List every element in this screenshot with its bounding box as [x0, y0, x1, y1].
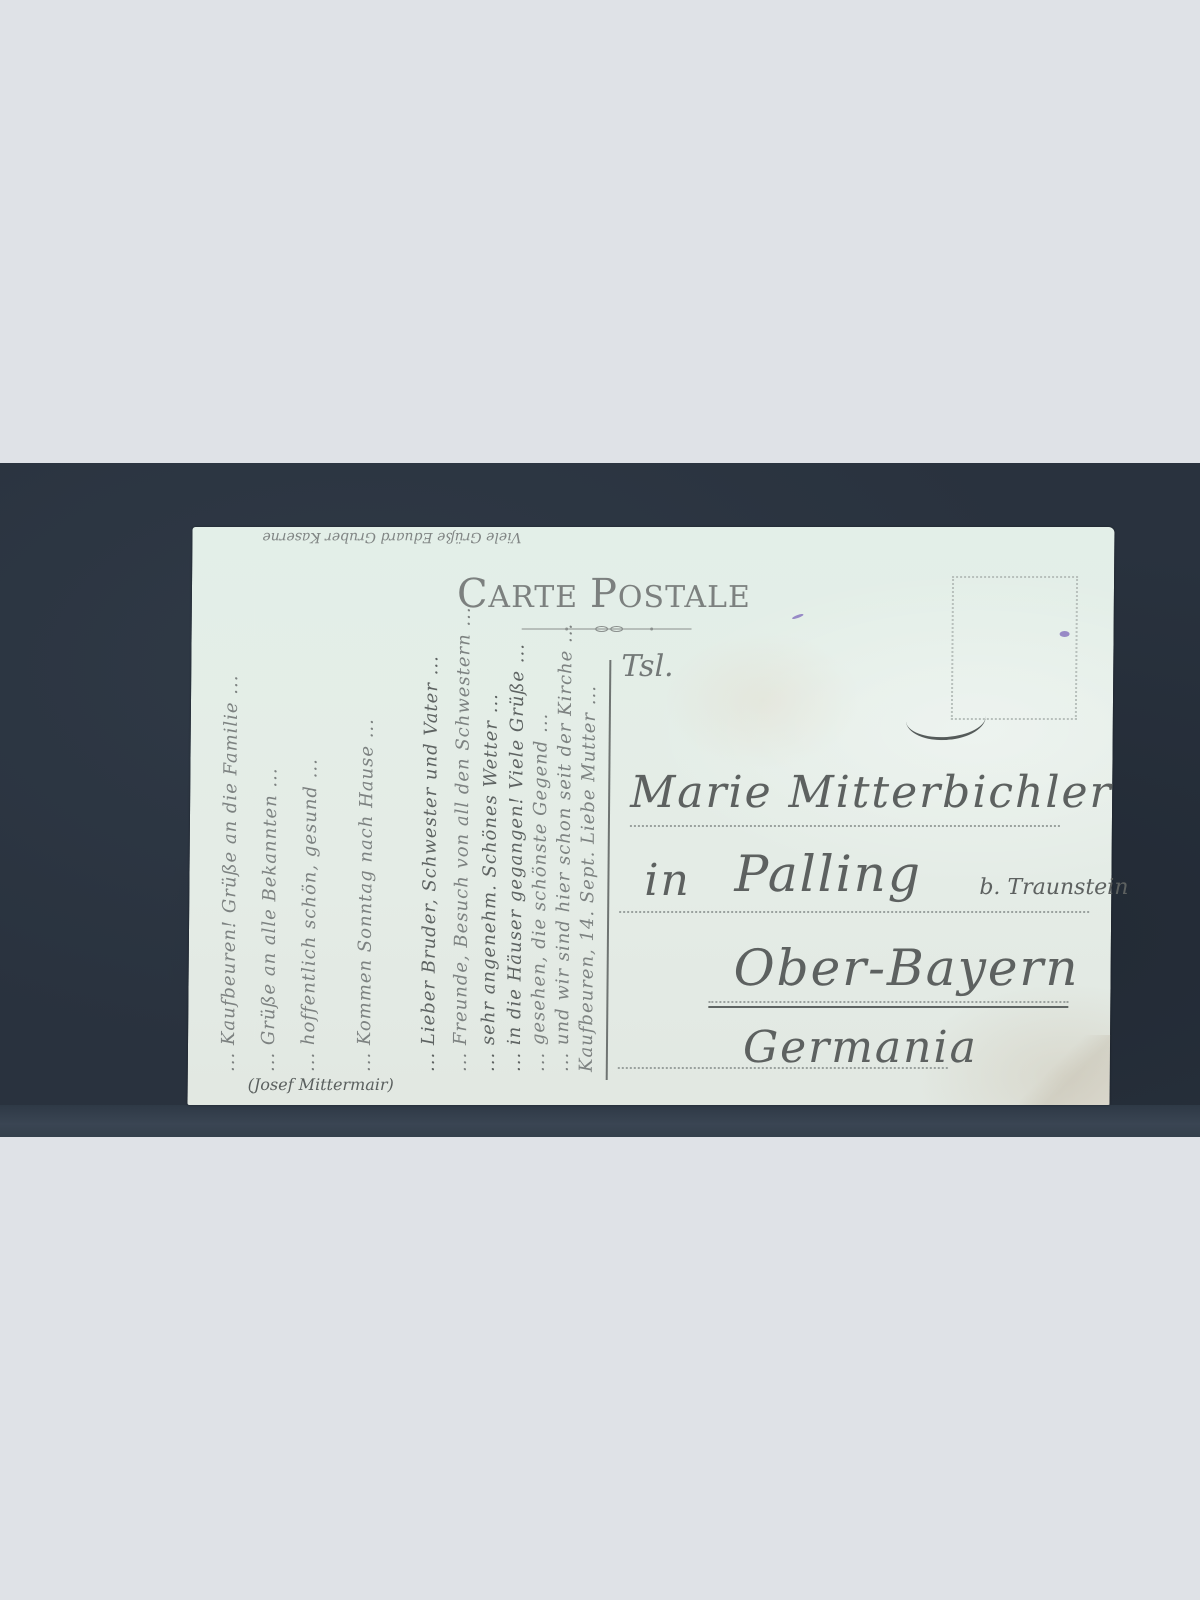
- address-town-note: b. Traunstein: [979, 875, 1128, 900]
- message-line: ... gesehen, die schönste Gegend ...: [528, 713, 552, 1072]
- ornament-divider-icon: [522, 625, 692, 633]
- violet-ink-mark: [1060, 631, 1070, 637]
- address-town: Palling: [734, 845, 922, 903]
- message-line: ... Kommen Sonntag nach Hause ...: [354, 718, 378, 1072]
- violet-ink-mark: [792, 613, 804, 620]
- postcard-title: Carte Postale: [457, 571, 751, 617]
- address-in: in: [644, 855, 691, 906]
- address-rule-1: [630, 825, 1060, 827]
- postcard: Carte Postale Tsl. Marie Mitterbichler i…: [187, 527, 1114, 1105]
- message-address-divider: [606, 660, 612, 1080]
- message-line: Kaufbeuren, 14. Sept. Liebe Mutter ...: [576, 685, 600, 1072]
- title-word-postale: ostale: [618, 580, 751, 615]
- message-line: ... Freunde, Besuch von all den Schweste…: [450, 606, 475, 1072]
- message-line: ... Lieber Bruder, Schwester und Vater .…: [418, 655, 443, 1072]
- address-region: Ober-Bayern: [733, 939, 1079, 997]
- greeting: Tsl.: [621, 649, 674, 684]
- title-word-carte: arte: [488, 580, 578, 615]
- address-recipient: Marie Mitterbichler: [630, 767, 1113, 818]
- message-line: ... in die Häuser gegangen! Viele Grüße …: [504, 643, 529, 1072]
- message-line: ... Grüße an alle Bekannten ...: [258, 767, 282, 1072]
- signature: (Josef Mittermair): [248, 1075, 394, 1094]
- address-country: Germania: [743, 1022, 978, 1073]
- corner-wear: [1019, 1035, 1110, 1105]
- message-line: ... hoffentlich schön, gesund ...: [298, 758, 322, 1072]
- postmark-arc: [905, 694, 987, 742]
- address-rule-2: [619, 911, 1089, 913]
- title-initial-p: P: [590, 571, 618, 617]
- address-rule-3: [708, 1001, 1068, 1003]
- photo-ledge: [0, 1105, 1200, 1137]
- top-note: Viele Grüße Eduard Gruber Kaserne: [262, 529, 521, 545]
- message-line: ... sehr angenehm. Schönes Wetter ...: [478, 693, 502, 1072]
- message-line: ... und wir sind hier schon seit der Kir…: [552, 623, 577, 1072]
- message-line: ... Kaufbeuren! Grüße an die Familie ...: [218, 675, 242, 1072]
- address-underline: [708, 1006, 1068, 1008]
